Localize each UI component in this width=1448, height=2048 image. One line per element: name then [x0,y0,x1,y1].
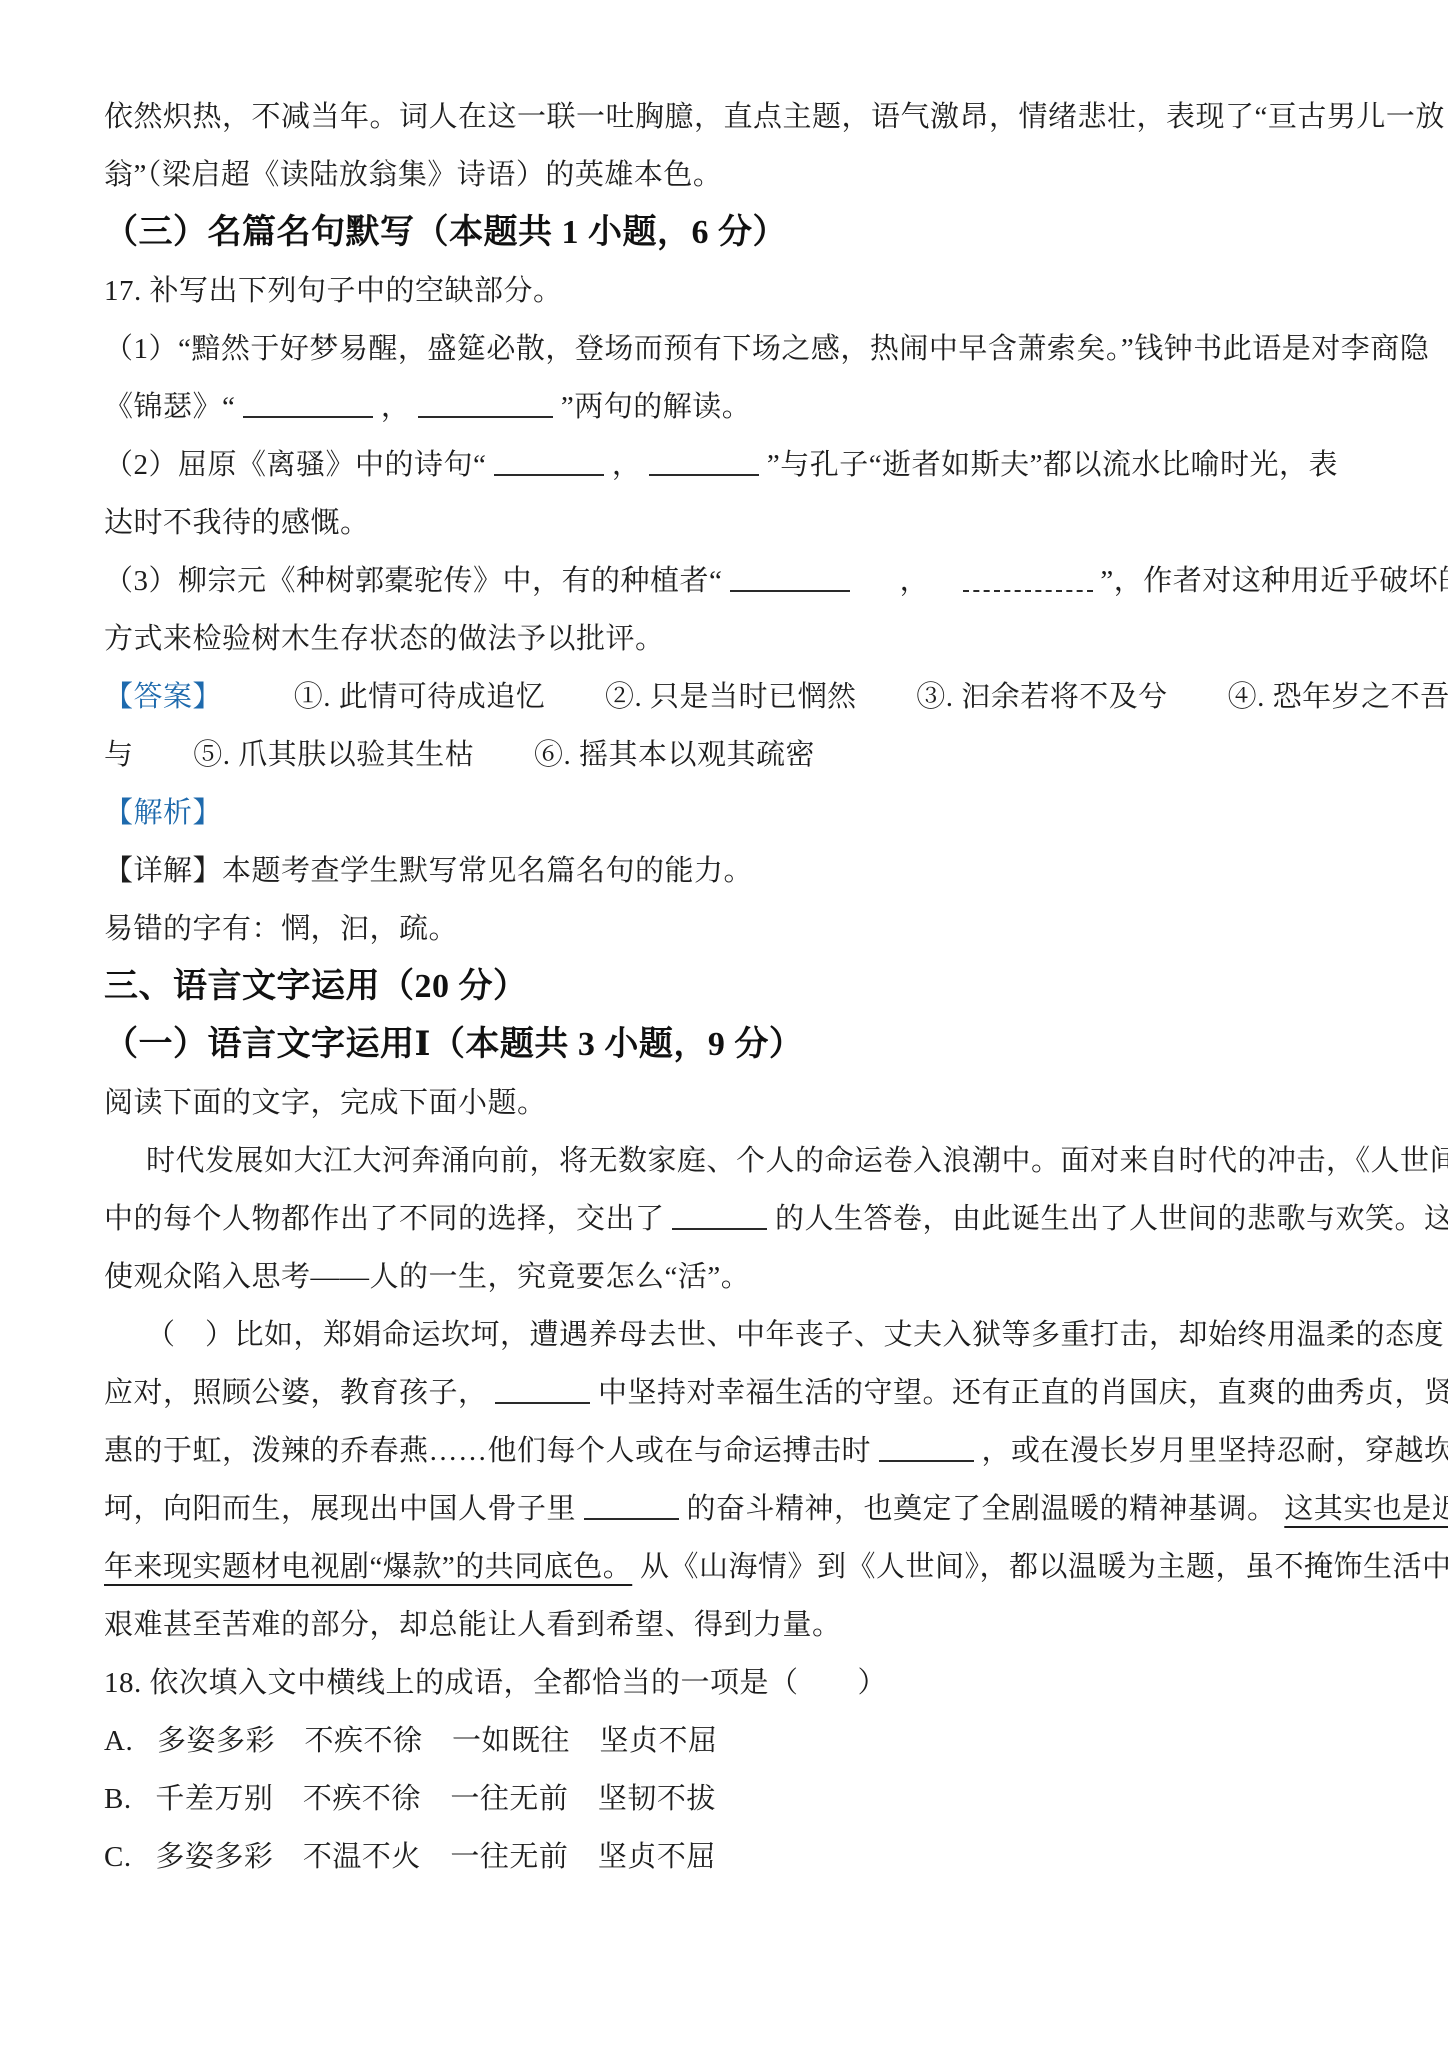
q18-option-c: C. 多姿多彩 不温不火 一往无前 坚贞不屈 [104,1828,1348,1886]
prev-answer-line-2: 翁”（梁启超《读陆放翁集》诗语）的英雄本色。 [104,146,1348,204]
q17-item3-line1: （3）柳宗元《种树郭橐驼传》中，有的种植者“ ， ”，作者对这种用近乎破坏的 [104,552,1348,610]
answer-label: 【答案】 [104,681,222,713]
page-content: 依然炽热，不减当年。词人在这一联一吐胸臆，直点主题，语气激昂，情绪悲壮，表现了“… [0,0,1448,1886]
prev-answer-line-1: 依然炽热，不减当年。词人在这一联一吐胸臆，直点主题，语气激昂，情绪悲壮，表现了“… [104,88,1348,146]
reading-instruction: 阅读下面的文字，完成下面小题。 [104,1074,1348,1132]
passage-underlined-sentence-part2: 年来现实题材电视剧“爆款”的共同底色。 [104,1551,632,1583]
q18-option-b-label: B. [104,1783,132,1815]
q17-item2-line1-prefix: （2）屈原《离骚》中的诗句“ [104,449,486,481]
q18-option-b: B. 千差万别 不疾不徐 一往无前 坚韧不拔 [104,1770,1348,1828]
answer-item-3: ③. 汩余若将不及兮 [916,681,1168,713]
passage-p2-line2-prefix: 应对，照顾公婆，教育孩子， [104,1377,488,1409]
passage-p1-line2: 中的每个人物都作出了不同的选择，交出了 的人生答卷，由此诞生出了人世间的悲歌与欢… [104,1190,1348,1248]
q17-item1-separator: ， [381,391,411,423]
detail-explanation: 【详解】本题考查学生默写常见名篇名句的能力。 [104,842,1348,900]
q17-item3-line2: 方式来检验树木生存状态的做法予以批评。 [104,610,1348,668]
fill-blank [730,560,850,592]
q17-item2-line1-suffix: ”与孔子“逝者如斯夫”都以流水比喻时光，表 [767,449,1338,481]
passage-underlined-sentence-part1: 这其实也是近 [1284,1493,1448,1525]
answer-row-1: 【答案】 ①. 此情可待成追忆 ②. 只是当时已惘然 ③. 汩余若将不及兮 ④.… [104,668,1348,726]
q18-option-a-text: 多姿多彩 不疾不徐 一如既往 坚贞不屈 [157,1725,718,1757]
q18-option-c-label: C. [104,1841,132,1873]
answer-item-6: ⑥. 摇其本以观其疏密 [534,739,815,771]
analysis-label: 【解析】 [104,784,1348,842]
section-yuyan-heading: 三、语言文字运用（20 分） [104,958,1348,1016]
fill-blank [243,386,373,418]
q17-item3-line1-prefix: （3）柳宗元《种树郭橐驼传》中，有的种植者“ [104,565,722,597]
exam-document-page: 依然炽热，不减当年。词人在这一联一吐胸臆，直点主题，语气激昂，情绪悲壮，表现了“… [0,0,1448,2048]
passage-p2-line2: 应对，照顾公婆，教育孩子， 中坚持对幸福生活的守望。还有正直的肖国庆，直爽的曲秀… [104,1364,1348,1422]
subsection-yuyan1-heading: （一）语言文字运用Ⅰ（本题共 3 小题，9 分） [104,1016,1348,1074]
fill-blank [649,444,759,476]
q17-item1-line2: 《锦瑟》“ ， ”两句的解读。 [104,378,1348,436]
q18-option-c-text: 多姿多彩 不温不火 一往无前 坚贞不屈 [155,1841,716,1873]
fill-blank [879,1430,974,1462]
q17-item1-line2-prefix: 《锦瑟》“ [104,391,235,423]
error-note: 易错的字有：惘，汩，疏。 [104,900,1348,958]
passage-p1-line3: 使观众陷入思考——人的一生，究竟要怎么“活”。 [104,1248,1348,1306]
q17-item3-separator: ， [900,565,930,597]
q17-item2-line2: 达时不我待的感慨。 [104,494,1348,552]
q17-item2-line1: （2）屈原《离骚》中的诗句“ ， ”与孔子“逝者如斯夫”都以流水比喻时光，表 [104,436,1348,494]
answer-item-4: ④. 恐年岁之不吾 [1228,681,1448,713]
fill-blank [672,1198,767,1230]
passage-p2-line4: 坷，向阳而生，展现出中国人骨子里 的奋斗精神，也奠定了全剧温暖的精神基调。 这其… [104,1480,1348,1538]
q18-option-a-label: A. [104,1725,133,1757]
question-18-stem: 18. 依次填入文中横线上的成语，全都恰当的一项是（ ） [104,1654,1348,1712]
section-mingju-heading: （三）名篇名句默写（本题共 1 小题，6 分） [104,204,1348,262]
fill-blank [584,1488,679,1520]
answer-item-4-wrap: 与 [104,739,134,771]
q18-option-b-text: 千差万别 不疾不徐 一往无前 坚韧不拔 [155,1783,716,1815]
passage-p2-line2-suffix: 中坚持对幸福生活的守望。还有正直的肖国庆，直爽的曲秀贞，贤 [598,1377,1448,1409]
fill-blank [494,444,604,476]
passage-p2-line5: 年来现实题材电视剧“爆款”的共同底色。 从《山海情》到《人世间》，都以温暖为主题… [104,1538,1348,1596]
passage-p2-line3-suffix: ，或在漫长岁月里坚持忍耐，穿越坎 [982,1435,1448,1467]
passage-p2-line4-mid: 的奋斗精神，也奠定了全剧温暖的精神基调。 [687,1493,1277,1525]
passage-p2-line3: 惠的于虹，泼辣的乔春燕……他们每个人或在与命运搏击时 ，或在漫长岁月里坚持忍耐，… [104,1422,1348,1480]
passage-p2-line4-prefix: 坷，向阳而生，展现出中国人骨子里 [104,1493,576,1525]
question-17-stem: 17. 补写出下列句子中的空缺部分。 [104,262,1348,320]
passage-p1-line2-suffix: 的人生答卷，由此诞生出了人世间的悲歌与欢笑。这 [775,1203,1448,1235]
passage-p2-line5-suffix: 从《山海情》到《人世间》，都以温暖为主题，虽不掩饰生活中 [640,1551,1448,1583]
passage-p1-line2-prefix: 中的每个人物都作出了不同的选择，交出了 [104,1203,665,1235]
answer-item-1: ①. 此情可待成追忆 [294,681,546,713]
passage-p1-line1: 时代发展如大江大河奔涌向前，将无数家庭、个人的命运卷入浪潮中。面对来自时代的冲击… [104,1132,1348,1190]
fill-blank [963,560,1093,592]
fill-blank [495,1372,590,1404]
q17-item1-line2-suffix: ”两句的解读。 [561,391,751,423]
answer-item-2: ②. 只是当时已惘然 [605,681,857,713]
q17-item3-line1-suffix: ”，作者对这种用近乎破坏的 [1100,565,1448,597]
fill-blank [418,386,553,418]
answer-item-5: ⑤. 爪其肤以验其生枯 [193,739,474,771]
answer-row-2: 与 ⑤. 爪其肤以验其生枯 ⑥. 摇其本以观其疏密 [104,726,1348,784]
passage-p2-line6: 艰难甚至苦难的部分，却总能让人看到希望、得到力量。 [104,1596,1348,1654]
q17-item2-separator: ， [612,449,642,481]
passage-p2-line1: （ ）比如，郑娟命运坎坷，遭遇养母去世、中年丧子、丈夫入狱等多重打击，却始终用温… [104,1306,1348,1364]
q18-option-a: A. 多姿多彩 不疾不徐 一如既往 坚贞不屈 [104,1712,1348,1770]
q17-item1-line1: （1）“黯然于好梦易醒，盛筵必散，登场而预有下场之感，热闹中早含萧索矣。”钱钟书… [104,320,1348,378]
passage-p2-line3-prefix: 惠的于虹，泼辣的乔春燕……他们每个人或在与命运搏击时 [104,1435,871,1467]
